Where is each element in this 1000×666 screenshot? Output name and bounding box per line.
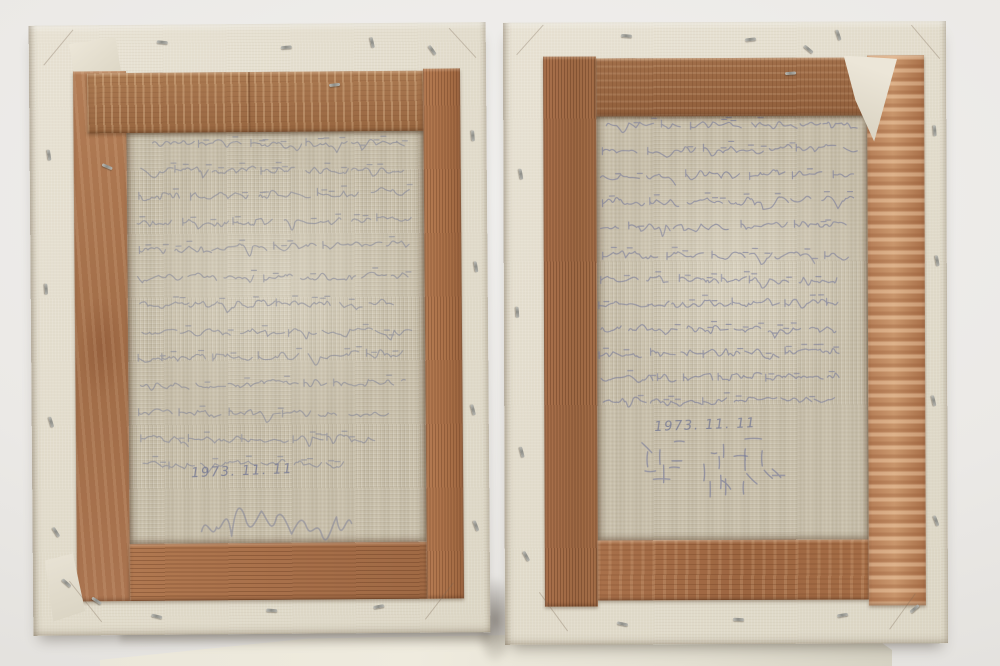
inscription-line: [606, 117, 857, 133]
linen-field: [126, 129, 426, 544]
inscription-line: [153, 136, 408, 153]
inscription-line: [601, 321, 836, 339]
inscription-line: [139, 185, 413, 202]
inscription-line: [599, 294, 838, 310]
corner-seam: [449, 28, 477, 58]
stretcher-bar-right: [423, 68, 464, 598]
inscription-line: [139, 236, 409, 259]
inscription-line: [602, 141, 857, 158]
staple: [266, 609, 277, 613]
inscription-line: [601, 270, 837, 289]
handwritten-inscription: [596, 114, 868, 541]
stretcher-bar-left: [73, 71, 130, 601]
canvas-back-left: 1973. 11. 11: [29, 22, 491, 636]
inscription-line: [603, 247, 849, 265]
staple: [931, 395, 936, 406]
staple: [471, 130, 475, 141]
staple: [745, 37, 756, 41]
staple: [909, 604, 919, 613]
staple: [935, 255, 940, 266]
inscription-line: [141, 431, 375, 447]
staple: [47, 149, 52, 160]
inscription-line: [140, 296, 394, 313]
staple: [621, 34, 632, 38]
staple: [428, 45, 437, 56]
inscription-line: [142, 324, 412, 340]
staple: [151, 614, 162, 619]
handwritten-inscription: [126, 129, 426, 544]
stretcher-bar-top: [87, 71, 423, 134]
staple: [44, 284, 48, 295]
staple: [373, 604, 384, 609]
inscription-line: [139, 406, 389, 423]
staple: [617, 621, 628, 626]
staple: [157, 40, 168, 44]
corner-seam: [43, 29, 73, 65]
staple: [48, 416, 54, 427]
signature-scrawl: [201, 507, 351, 544]
inscription-line: [601, 218, 847, 238]
canvas-back-right: 1973. 11. 11: [503, 21, 948, 645]
hanja-signature-glyph: [642, 441, 684, 483]
inscription-line: [602, 191, 853, 211]
staple: [52, 527, 60, 538]
hanja-signature-glyph: [743, 438, 785, 494]
inscription-line: [141, 162, 404, 178]
stretcher-bar-left: [543, 56, 598, 606]
corner-seam: [911, 25, 940, 59]
staple: [518, 169, 523, 180]
staple: [837, 613, 848, 618]
hanja-signature-glyph: [704, 444, 748, 497]
stretcher-bar-right: [867, 55, 926, 605]
linen-field: [596, 114, 868, 541]
corner-seam: [516, 25, 543, 55]
inscription-line: [137, 212, 411, 233]
staple: [470, 404, 476, 415]
staple: [733, 618, 744, 622]
stretcher-bar-top: [596, 58, 867, 117]
staple: [519, 447, 525, 458]
inscription-line: [601, 368, 839, 383]
inscription-line: [138, 268, 411, 283]
canvas-fold-flap: [69, 37, 121, 71]
staple: [516, 307, 520, 318]
stretcher-bar-bottom: [130, 542, 427, 601]
staple: [933, 515, 940, 526]
inscription-line: [599, 344, 839, 362]
staple: [933, 125, 937, 136]
staple: [522, 551, 530, 562]
inscription-line: [138, 346, 403, 369]
staple: [281, 45, 292, 49]
staple: [370, 37, 375, 48]
inscription-line: [600, 168, 853, 186]
staple: [803, 45, 813, 54]
staple: [474, 261, 479, 272]
inscription-line: [603, 391, 835, 407]
stretcher-bar-bottom: [598, 540, 869, 601]
inscription-line: [140, 374, 405, 390]
staple: [835, 29, 841, 40]
staple: [473, 520, 480, 531]
